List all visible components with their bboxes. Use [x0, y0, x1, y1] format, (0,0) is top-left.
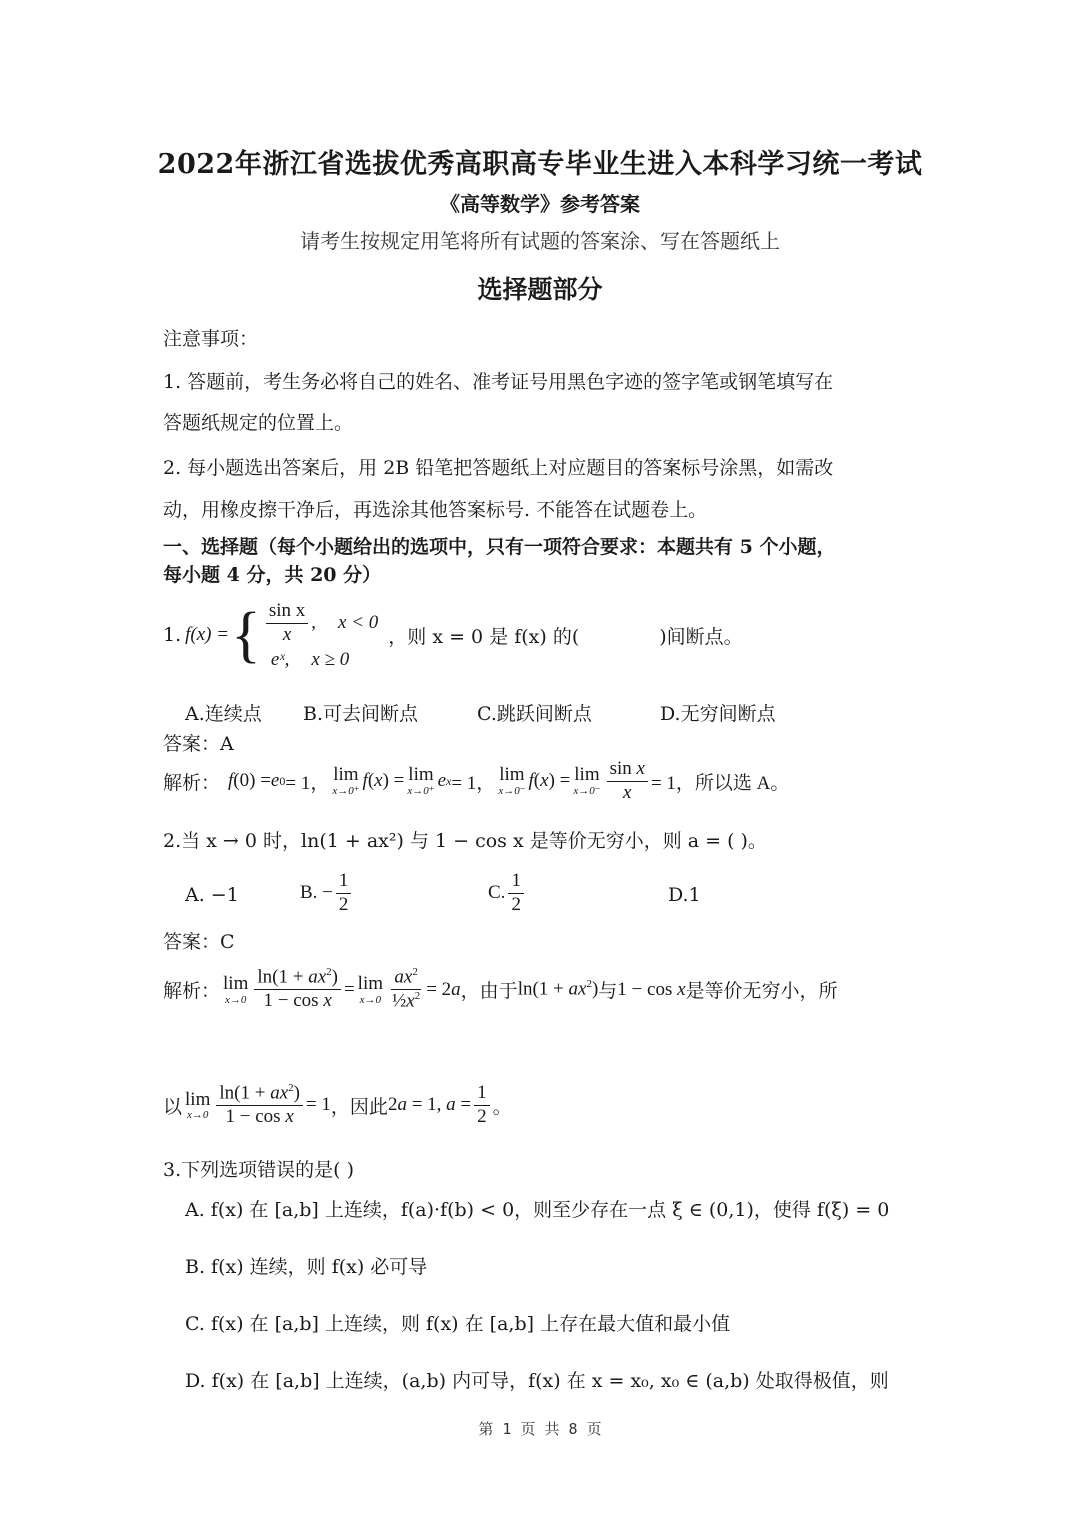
- q3-option-b: B. f(x) 连续，则 f(x) 必可导: [185, 1252, 427, 1279]
- question-2-stem: 2.当 x → 0 时，ln(1 + ax²) 与 1 − cos x 是等价无…: [163, 826, 767, 853]
- page-indicator: 第 1 页 共 8 页: [0, 1418, 1080, 1439]
- note-1-line-2: 答题纸规定的位置上。: [163, 408, 353, 435]
- q1-fx: f(x) =: [185, 624, 229, 646]
- q3-option-a: A. f(x) 在 [a,b] 上连续，f(a)·f(b) < 0，则至少存在一…: [185, 1195, 889, 1222]
- q1-case1-fraction: sin x x: [266, 600, 308, 647]
- q2-option-d: D.1: [668, 884, 701, 906]
- q3-option-c: C. f(x) 在 [a,b] 上连续，则 f(x) 在 [a,b] 上存在最大…: [185, 1309, 730, 1336]
- q2-option-a: A. −1: [185, 884, 239, 906]
- q1-stem-suffix: ，则 x = 0 是 f(x) 的(: [388, 622, 579, 649]
- q2-option-b: B. −12: [300, 870, 354, 917]
- section-title: 选择题部分: [0, 270, 1080, 306]
- notes-heading: 注意事项：: [163, 324, 258, 351]
- q2-analysis-line-1: 解析： limx→0 ln(1 + ax2)1 − cos x = limx→0…: [163, 966, 838, 1013]
- q1-option-d: D.无穷间断点: [660, 699, 776, 726]
- q1-number: 1.: [163, 624, 181, 646]
- q3-option-d: D. f(x) 在 [a,b] 上连续，(a,b) 内可导，f(x) 在 x =…: [185, 1366, 889, 1393]
- document-subtitle: 《高等数学》参考答案: [0, 188, 1080, 217]
- q1-stem-end: )间断点。: [659, 622, 742, 649]
- part1-heading-line-2: 每小题 4 分，共 20 分）: [163, 560, 381, 587]
- q1-option-a: A.连续点: [185, 699, 262, 726]
- exam-instruction: 请考生按规定用笔将所有试题的答案涂、写在答题纸上: [0, 225, 1080, 254]
- q2-analysis-line-2: 以 limx→0 ln(1 + ax2)1 − cos x = 1 ，因此 2a…: [163, 1082, 512, 1129]
- note-1-line-1: 1. 答题前，考生务必将自己的姓名、准考证号用黑色字迹的签字笔或钢笔填写在: [163, 367, 833, 394]
- q2-answer: 答案：C: [163, 927, 235, 954]
- document-title: 2022年浙江省选拔优秀高职高专毕业生进入本科学习统一考试: [0, 142, 1080, 181]
- q1-option-c: C.跳跃间断点: [477, 699, 592, 726]
- question-3-stem: 3.下列选项错误的是( ): [163, 1155, 354, 1182]
- q2-option-c: C.12: [488, 870, 527, 917]
- left-brace-icon: {: [231, 604, 261, 666]
- question-1-stem: 1. f(x) = { sin x x , x < 0 eˣ, x ≥ 0 ，则…: [163, 600, 743, 671]
- part1-heading-line-1: 一、选择题（每个小题给出的选项中，只有一项符合要求：本题共有 5 个小题，: [163, 532, 835, 559]
- q1-option-b: B.可去间断点: [303, 699, 418, 726]
- note-2-line-1: 2. 每小题选出答案后，用 2B 铅笔把答题纸上对应题目的答案标号涂黑，如需改: [163, 453, 833, 480]
- q1-answer: 答案：A: [163, 729, 234, 756]
- q1-analysis: 解析： f(0) = e0 = 1， limx→0⁺ f(x) = limx→0…: [163, 758, 789, 805]
- note-2-line-2: 动，用橡皮擦干净后，再选涂其他答案标号. 不能答在试题卷上。: [163, 495, 707, 522]
- q1-piecewise: sin x x , x < 0 eˣ, x ≥ 0: [263, 600, 378, 671]
